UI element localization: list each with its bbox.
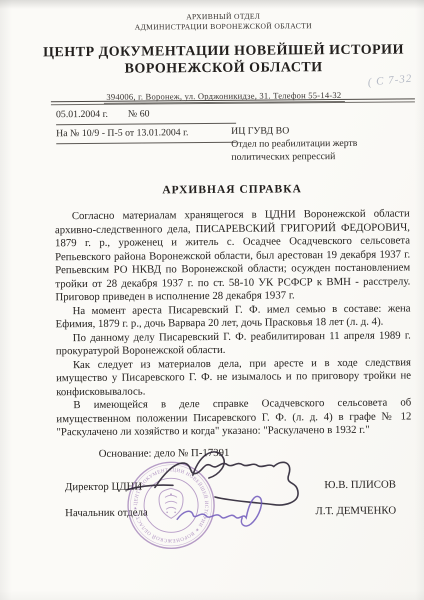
letterhead-department-line2: АДМИНИСТРАЦИИ ВОРОНЕЖСКОЙ ОБЛАСТИ xyxy=(28,20,418,33)
letterhead-organization-line1: ЦЕНТР ДОКУМЕНТАЦИИ НОВЕЙШЕЙ ИСТОРИИ xyxy=(28,42,418,62)
body-paragraph: Согласно материалам хранящегося в ЦДНИ В… xyxy=(55,207,411,304)
document-content: АРХИВНЫЙ ОТДЕЛ АДМИНИСТРАЦИИ ВОРОНЕЖСКОЙ… xyxy=(0,0,424,600)
signatures-overlay xyxy=(97,442,318,544)
addressee-block: ИЦ ГУВД ВО Отдел по реабилитации жертв п… xyxy=(231,124,357,165)
body-paragraph: В имеющейся в деле справке Осадчевского … xyxy=(56,396,411,439)
director-signature-icon xyxy=(127,451,298,506)
body-paragraph: По данному делу Писаревский Г. Ф. реабил… xyxy=(56,329,411,359)
document-title: АРХИВНАЯ СПРАВКА xyxy=(55,182,410,197)
addressee-line2: Отдел по реабилитации жертв xyxy=(231,137,357,151)
body-paragraph: Как следует из материалов дела, при арес… xyxy=(56,356,411,399)
reference-block: 05.01.2004 г. № 60 На № 10/9 - П-5 от 13… xyxy=(56,108,236,144)
addressee-line3: политических репрессий xyxy=(231,150,357,164)
reply-to-reference: На № 10/9 - П-5 от 13.01.2004 г. xyxy=(56,124,236,144)
director-name: Ю.В. ПЛИСОВ xyxy=(324,478,396,491)
letterhead: АРХИВНЫЙ ОТДЕЛ АДМИНИСТРАЦИИ ВОРОНЕЖСКОЙ… xyxy=(28,10,419,105)
outgoing-number: № 60 xyxy=(128,108,150,119)
document-body: Согласно материалам хранящегося в ЦДНИ В… xyxy=(55,207,412,439)
outgoing-date: 05.01.2004 г. xyxy=(56,109,108,120)
head-name: Л.Т. ДЕМЧЕНКО xyxy=(315,504,396,517)
signature-block: ЦЕНТР ДОКУМЕНТАЦИИ НОВЕЙШЕЙ ИСТОРИИ ✶ ВО… xyxy=(57,471,412,526)
addressee-line1: ИЦ ГУВД ВО xyxy=(231,124,357,138)
document-main: АРХИВНАЯ СПРАВКА Согласно материалам хра… xyxy=(55,182,413,525)
body-paragraph: На момент ареста Писаревский Г. Ф. имел … xyxy=(56,302,411,332)
scanned-document-page: АРХИВНЫЙ ОТДЕЛ АДМИНИСТРАЦИИ ВОРОНЕЖСКОЙ… xyxy=(0,0,424,600)
letterhead-organization-line2: ВОРОНЕЖСКОЙ ОБЛАСТИ xyxy=(29,59,419,79)
head-signature-icon xyxy=(177,496,262,526)
